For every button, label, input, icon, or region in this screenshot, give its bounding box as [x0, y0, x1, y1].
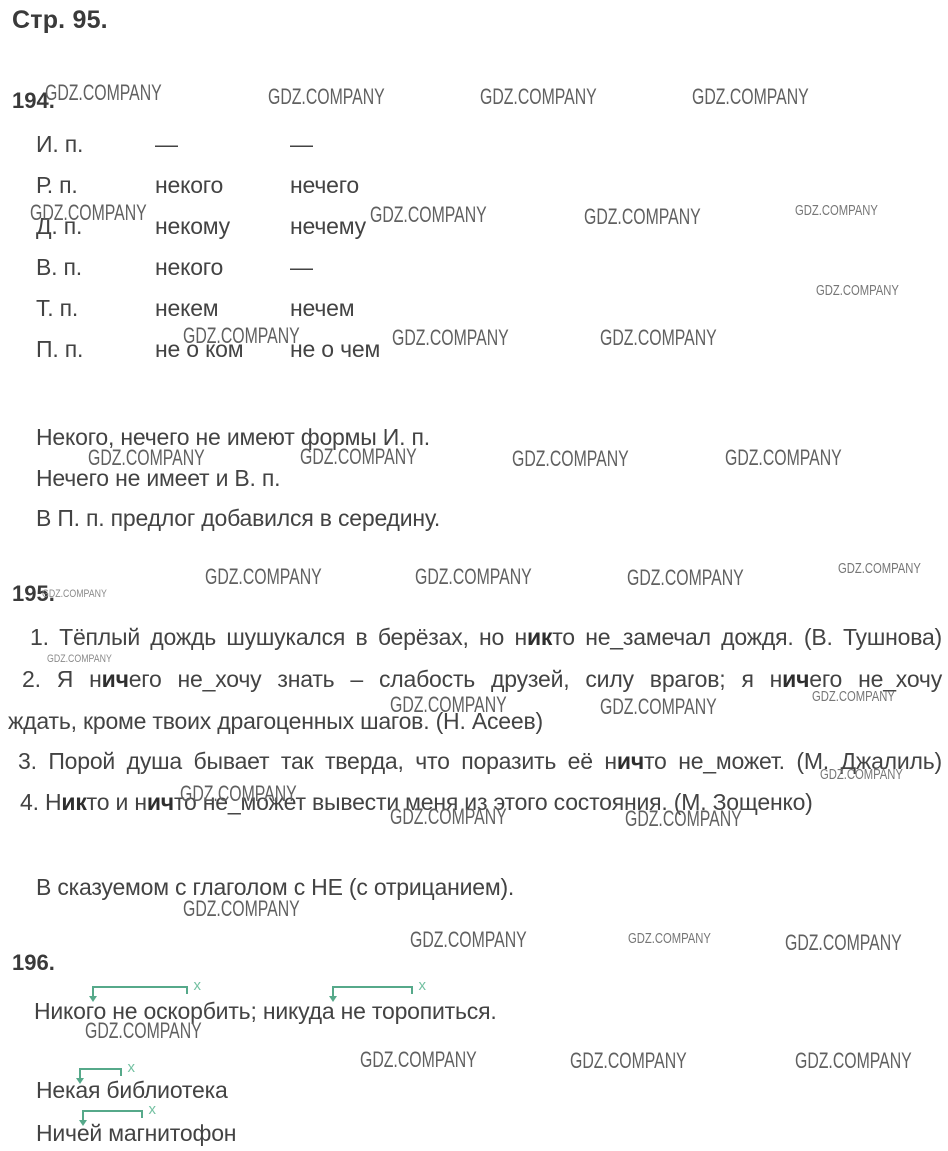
case-form: некому	[155, 213, 290, 240]
text-segment: его не_хочу знать – слабость друзей, сил…	[129, 666, 782, 692]
watermark: GDZ.COMPANY	[570, 1048, 687, 1074]
case-label: В. п.	[36, 254, 155, 281]
bracket-line	[92, 986, 188, 988]
dependency-arrow: х	[92, 986, 188, 988]
watermark: GDZ.COMPANY	[512, 446, 629, 472]
watermark: GDZ.COMPANY	[42, 588, 107, 600]
bracket-line	[332, 986, 413, 988]
head-word-x-mark: х	[128, 1059, 136, 1076]
table-row: И. п.——	[36, 131, 380, 172]
watermark: GDZ.COMPANY	[360, 1047, 477, 1073]
bold-segment: ич	[147, 789, 174, 815]
watermark: GDZ.COMPANY	[390, 692, 507, 718]
text-segment: то не_замечал дождя. (В. Тушнова)	[552, 624, 942, 650]
case-form: не о чем	[290, 336, 380, 363]
bracket-tick	[186, 986, 188, 994]
watermark: GDZ.COMPANY	[47, 653, 112, 665]
watermark: GDZ.COMPANY	[370, 202, 487, 228]
watermark: GDZ.COMPANY	[600, 694, 717, 720]
case-label: И. п.	[36, 131, 155, 158]
arrow-down-icon	[92, 986, 94, 997]
watermark: GDZ.COMPANY	[795, 202, 878, 219]
exercise-196-phrase-3: Ничей магнитофон	[36, 1120, 236, 1147]
watermark: GDZ.COMPANY	[268, 84, 385, 110]
dependency-arrow: х	[79, 1068, 122, 1070]
bold-segment: ик	[61, 789, 86, 815]
case-form: некого	[155, 172, 290, 199]
bracket-tick	[141, 1110, 143, 1118]
case-form: нечему	[290, 213, 380, 240]
watermark: GDZ.COMPANY	[785, 930, 902, 956]
note-line: В П. п. предлог добавился в середину.	[36, 505, 440, 532]
sentence-2-line-1: 2. Я ничего не_хочу знать – слабость дру…	[22, 666, 942, 693]
bracket-line	[79, 1068, 122, 1070]
exercise-196-number: 196.	[12, 950, 55, 976]
case-form: некого	[155, 254, 290, 281]
head-word-x-mark: х	[149, 1101, 157, 1118]
case-label: Р. п.	[36, 172, 155, 199]
sentence-1: 1. Тёплый дождь шушукался в берёзах, но …	[30, 624, 942, 651]
sentence-3: 3. Порой душа бывает так тверда, что пор…	[18, 748, 942, 775]
page-title: Стр. 95.	[12, 6, 108, 35]
bold-segment: ик	[527, 624, 552, 650]
dependency-arrow: х	[332, 986, 413, 988]
arrow-down-icon	[79, 1068, 81, 1079]
case-label: Т. п.	[36, 295, 155, 322]
watermark: GDZ.COMPANY	[692, 84, 809, 110]
text-segment: 3. Порой душа бывает так тверда, что пор…	[18, 748, 617, 774]
watermark: GDZ.COMPANY	[628, 930, 711, 947]
watermark: GDZ.COMPANY	[205, 564, 322, 590]
text-segment: 1. Тёплый дождь шушукался в берёзах, но …	[30, 624, 527, 650]
watermark: GDZ.COMPANY	[600, 325, 717, 351]
bracket-line	[82, 1110, 143, 1112]
case-form: —	[290, 254, 380, 281]
text-segment: то и н	[87, 789, 147, 815]
watermark: GDZ.COMPANY	[45, 80, 162, 106]
case-form: некем	[155, 295, 290, 322]
watermark: GDZ.COMPANY	[838, 560, 921, 577]
head-word-x-mark: х	[194, 977, 202, 994]
watermark: GDZ.COMPANY	[816, 282, 899, 299]
watermark: GDZ.COMPANY	[300, 444, 417, 470]
watermark: GDZ.COMPANY	[795, 1048, 912, 1074]
watermark: GDZ.COMPANY	[85, 1018, 202, 1044]
table-row: В. п.некого—	[36, 254, 380, 295]
watermark: GDZ.COMPANY	[480, 84, 597, 110]
watermark: GDZ.COMPANY	[627, 565, 744, 591]
watermark: GDZ.COMPANY	[725, 445, 842, 471]
watermark: GDZ.COMPANY	[410, 927, 527, 953]
watermark: GDZ.COMPANY	[180, 781, 297, 807]
watermark: GDZ.COMPANY	[183, 323, 300, 349]
arrow-down-icon	[82, 1110, 84, 1121]
watermark: GDZ.COMPANY	[30, 200, 147, 226]
bold-segment: ич	[782, 666, 809, 692]
case-form: —	[155, 131, 290, 158]
bold-segment: ич	[617, 748, 644, 774]
exercise-196-phrase-2: Некая библиотека	[36, 1077, 228, 1104]
dependency-arrow: х	[82, 1110, 143, 1112]
watermark: GDZ.COMPANY	[415, 564, 532, 590]
watermark: GDZ.COMPANY	[390, 804, 507, 830]
head-word-x-mark: х	[419, 977, 427, 994]
watermark: GDZ.COMPANY	[183, 896, 300, 922]
case-form: нечем	[290, 295, 380, 322]
case-form: —	[290, 131, 380, 158]
text-segment: 4. Н	[20, 789, 61, 815]
watermark: GDZ.COMPANY	[625, 806, 742, 832]
watermark: GDZ.COMPANY	[820, 766, 903, 783]
bracket-tick	[411, 986, 413, 994]
watermark: GDZ.COMPANY	[392, 325, 509, 351]
arrow-down-icon	[332, 986, 334, 997]
watermark: GDZ.COMPANY	[584, 204, 701, 230]
bracket-tick	[120, 1068, 122, 1076]
text-segment: 2. Я н	[22, 666, 102, 692]
case-form: нечего	[290, 172, 380, 199]
watermark: GDZ.COMPANY	[88, 445, 205, 471]
watermark: GDZ.COMPANY	[812, 688, 895, 705]
case-label: П. п.	[36, 336, 155, 363]
bold-segment: ич	[102, 666, 129, 692]
gdz-answers-page: Стр. 95. 194. И. п.——Р. п.некогонечегоД.…	[0, 0, 948, 1151]
